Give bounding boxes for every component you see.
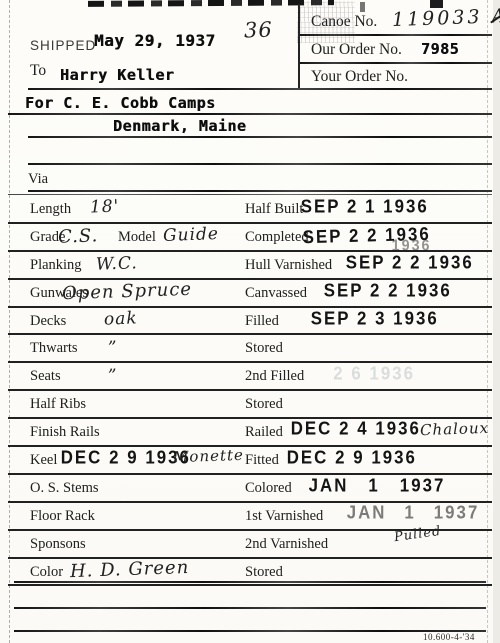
- rule: [28, 163, 492, 165]
- field-label: Fitted: [245, 452, 279, 469]
- date-stamp: DEC 2 9 1936: [61, 448, 191, 469]
- build-record-table: Length 18' Half Built SEP 2 1 1936 Grade…: [8, 196, 492, 586]
- table-row-grade: Grade C.S. Model Guide Completed SEP 2 2…: [8, 224, 492, 252]
- rule: [8, 194, 492, 195]
- table-row-thwarts: Thwarts ” Stored: [8, 335, 492, 363]
- table-row-keel: Keel DEC 2 9 1936 Monette Fitted DEC 2 9…: [8, 447, 492, 475]
- field-label: Filled: [245, 313, 279, 330]
- field-label: Decks: [30, 313, 66, 330]
- field-label: Planking: [30, 257, 82, 274]
- order-box-divider: [300, 34, 492, 36]
- handwritten-value: C.S.: [58, 225, 99, 247]
- ditto-mark: ”: [108, 338, 118, 358]
- field-label: Floor Rack: [30, 508, 95, 525]
- table-row-gunwales: Gunwales Open Spruce Canvassed SEP 2 2 1…: [8, 280, 492, 308]
- field-label: Color: [30, 564, 63, 581]
- field-label: Length: [30, 201, 71, 218]
- rule: [8, 113, 492, 115]
- field-label: Railed: [245, 424, 283, 441]
- field-label: Stored: [245, 564, 283, 581]
- date-stamp: SEP 2 2 1936: [324, 281, 452, 302]
- field-label: Stored: [245, 396, 283, 413]
- handwritten-value: oak: [104, 308, 138, 329]
- field-label: Stored: [245, 340, 283, 357]
- field-label: 1st Varnished: [245, 508, 323, 525]
- rule: [28, 88, 492, 90]
- field-label: Canvassed: [245, 285, 307, 302]
- handwritten-value: 18': [90, 196, 120, 217]
- date-stamp: JAN 1 1937: [347, 503, 480, 524]
- year-note-handwritten: 36: [244, 18, 274, 43]
- field-label: Finish Rails: [30, 424, 100, 441]
- rule: [14, 607, 486, 609]
- canoe-no-label: Canoe No.: [311, 13, 377, 31]
- order-box-left-border: [298, 4, 300, 90]
- to-label: To: [30, 62, 46, 80]
- your-order-label: Your Order No.: [311, 68, 408, 86]
- table-row-sponsons: Sponsons 2nd Varnished Pulled: [8, 531, 492, 559]
- canoe-no-handwritten: 119033 A: [392, 5, 500, 31]
- shipped-label: SHIPPED: [30, 38, 96, 53]
- table-row-finish-rails: Finish Rails Railed DEC 2 4 1936 Chaloux: [8, 419, 492, 447]
- model-label: Model: [118, 229, 156, 246]
- ditto-mark: ”: [108, 366, 118, 386]
- right-edge-shade: [493, 0, 500, 643]
- date-stamp: SEP 2 3 1936: [311, 308, 439, 329]
- table-row-seats: Seats ” 2nd Filled 2 6 1936: [8, 363, 492, 391]
- field-label: Seats: [30, 368, 61, 385]
- field-label: Half Ribs: [30, 396, 86, 413]
- field-label: Sponsons: [30, 536, 86, 553]
- shipped-date-value: May 29, 1937: [94, 31, 216, 50]
- field-label: Completed: [245, 229, 309, 246]
- table-row-length: Length 18' Half Built SEP 2 1 1936: [8, 196, 492, 224]
- field-label: Half Built: [245, 201, 303, 218]
- order-box-divider: [300, 62, 492, 64]
- table-row-half-ribs: Half Ribs Stored: [8, 391, 492, 419]
- date-stamp: SEP 2 1 1936: [301, 197, 429, 218]
- handwritten-value: W.C.: [96, 253, 138, 274]
- table-row-planking: Planking W.C. Hull Varnished SEP 2 2 193…: [8, 252, 492, 280]
- build-record-card: SHIPPED May 29, 1937 36 Canoe No. 119033…: [0, 0, 500, 643]
- date-stamp: SEP 2 2 1936: [346, 253, 474, 274]
- canoe-no-suffix-struck: A: [491, 5, 500, 28]
- field-label: O. S. Stems: [30, 480, 99, 497]
- via-label: Via: [28, 171, 48, 188]
- handwritten-value: Guide: [163, 224, 220, 246]
- field-label: Colored: [245, 480, 292, 497]
- address-line-value: Denmark, Maine: [113, 117, 246, 135]
- rule: [28, 190, 492, 192]
- field-label: Keel: [30, 452, 57, 469]
- field-label: 2nd Filled: [245, 368, 304, 385]
- handwritten-signature: Chaloux: [420, 419, 490, 439]
- date-stamp: DEC 2 9 1936: [287, 448, 417, 469]
- field-label: Hull Varnished: [245, 257, 332, 274]
- faint-date-stamp: 2 6 1936: [333, 364, 415, 385]
- date-stamp: DEC 2 4 1936: [291, 419, 421, 440]
- our-order-value: 7985: [421, 40, 459, 58]
- print-code: 10.600-4-'34: [423, 632, 475, 642]
- table-row-os-stems: O. S. Stems Colored JAN 1 1937: [8, 475, 492, 503]
- table-row-decks: Decks oak Filled SEP 2 3 1936: [8, 308, 492, 336]
- date-stamp: JAN 1 1937: [309, 476, 446, 497]
- our-order-label: Our Order No.: [311, 41, 402, 59]
- handwritten-signature: Monette: [173, 446, 244, 466]
- for-line-value: For C. E. Cobb Camps: [25, 94, 216, 112]
- field-label: Thwarts: [30, 340, 78, 357]
- to-name-value: Harry Keller: [60, 66, 174, 84]
- canoe-no-digits: 119033: [392, 6, 483, 31]
- rule: [14, 581, 486, 583]
- field-label: 2nd Varnished: [245, 536, 328, 553]
- rule: [14, 630, 486, 632]
- scan-artifact: [360, 2, 365, 12]
- handwritten-value: Open Spruce: [62, 278, 193, 304]
- rule: [28, 136, 492, 138]
- handwritten-value: H. D. Green: [70, 557, 190, 582]
